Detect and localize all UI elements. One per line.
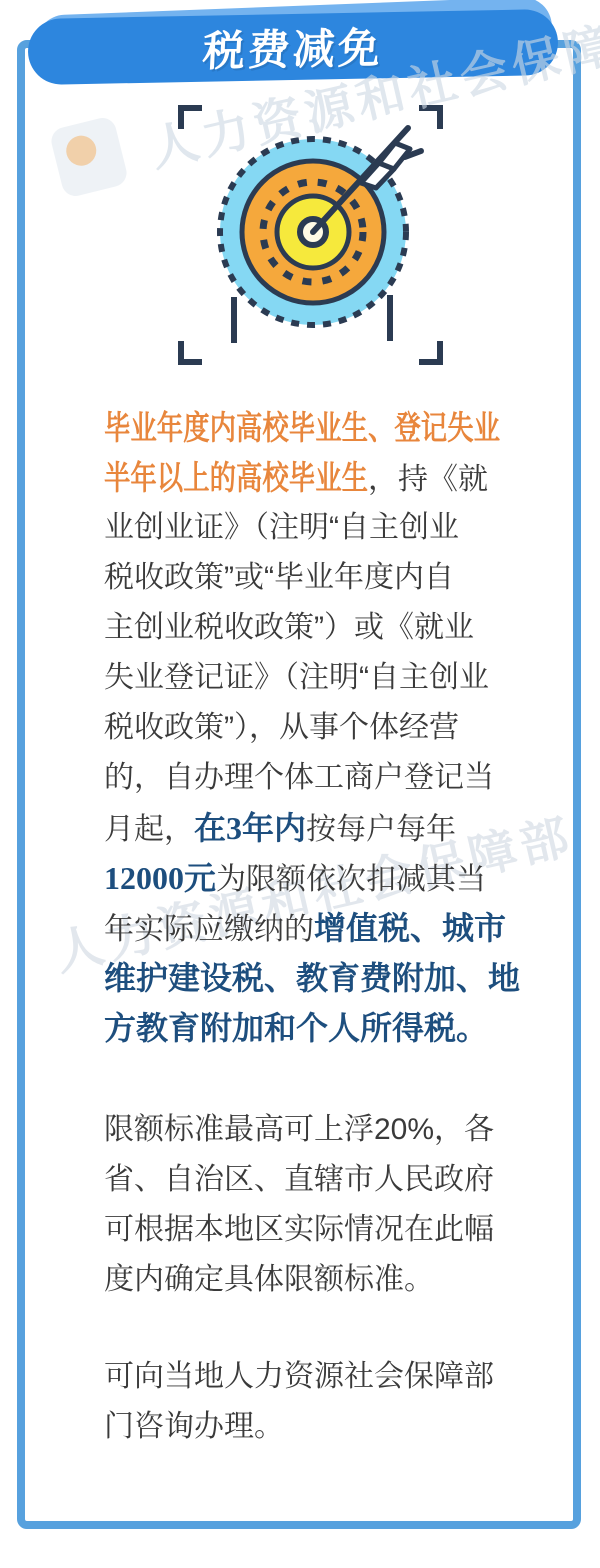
text-line: 度内确定具体限额标准。 bbox=[104, 1255, 512, 1305]
paragraph-contact: 可向当地人力资源社会保障部门咨询办理。 bbox=[104, 1352, 512, 1452]
text-segment-plain: 的，自办理个体工商户登记当 bbox=[104, 761, 494, 794]
text-segment-plain: ，持《就 bbox=[368, 463, 488, 496]
section-title: 税费减免 bbox=[201, 15, 384, 79]
paragraph-eligibility: 毕业年度内高校毕业生、登记失业半年以上的高校毕业生，持《就业创业证》（注明“自主… bbox=[104, 403, 512, 1053]
text-segment-plain: 业创业证》（注明“自主创业 bbox=[104, 511, 459, 544]
text-segment-navy: 维护建设税、教育费附加、地 bbox=[104, 960, 520, 996]
text-line: 税收政策”或“毕业年度内自 bbox=[104, 553, 512, 603]
text-line: 税收政策”），从事个体经营 bbox=[104, 703, 512, 753]
text-line: 限额标准最高可上浮20%，各 bbox=[104, 1105, 512, 1155]
text-line: 可向当地人力资源社会保障部 bbox=[104, 1352, 512, 1402]
text-segment-plain: 为限额依次扣减其当 bbox=[216, 863, 486, 896]
text-line: 业创业证》（注明“自主创业 bbox=[104, 503, 512, 553]
section-header-banner: 税费减免 bbox=[27, 9, 558, 85]
text-segment-plain: 税收政策”），从事个体经营 bbox=[104, 711, 459, 744]
text-segment-plain: 月起， bbox=[104, 813, 194, 846]
text-segment-navy: 12000元 bbox=[104, 860, 216, 896]
text-segment-plain: 可向当地人力资源社会保障部 bbox=[104, 1360, 494, 1393]
text-line: 半年以上的高校毕业生，持《就 bbox=[104, 453, 512, 503]
text-segment-navy: 方教育附加和个人所得税。 bbox=[104, 1010, 488, 1046]
text-segment-plain: 按每户每年 bbox=[306, 813, 456, 846]
poster-page: 税费减免 人力资源和社会保障部 人力资源和社会保障部 毕业年度内高校毕业生、登记… bbox=[0, 0, 600, 1568]
target-arrow-icon bbox=[165, 95, 455, 380]
text-line: 的，自办理个体工商户登记当 bbox=[104, 753, 512, 803]
text-segment-plain: 门咨询办理。 bbox=[104, 1410, 284, 1443]
text-segment-plain: 可根据本地区实际情况在此幅 bbox=[104, 1213, 494, 1246]
text-line: 毕业年度内高校毕业生、登记失业 bbox=[104, 403, 512, 453]
text-segment-plain: 度内确定具体限额标准。 bbox=[104, 1263, 434, 1296]
text-line: 12000元为限额依次扣减其当 bbox=[104, 853, 512, 903]
text-line: 方教育附加和个人所得税。 bbox=[104, 1003, 512, 1053]
text-line: 主创业税收政策”）或《就业 bbox=[104, 603, 512, 653]
text-segment-plain: 省、自治区、直辖市人民政府 bbox=[104, 1163, 494, 1196]
text-line: 失业登记证》（注明“自主创业 bbox=[104, 653, 512, 703]
text-line: 省、自治区、直辖市人民政府 bbox=[104, 1155, 512, 1205]
text-segment-orange: 毕业年度内高校毕业生、登记失业 bbox=[104, 403, 500, 453]
text-segment-plain: 失业登记证》（注明“自主创业 bbox=[104, 661, 489, 694]
text-segment-plain: 税收政策”或“毕业年度内自 bbox=[104, 561, 454, 594]
text-segment-navy: 增值税、城市 bbox=[314, 910, 506, 946]
text-line: 可根据本地区实际情况在此幅 bbox=[104, 1205, 512, 1255]
text-segment-plain: 年实际应缴纳的 bbox=[104, 913, 314, 946]
text-line: 门咨询办理。 bbox=[104, 1402, 512, 1452]
text-line: 维护建设税、教育费附加、地 bbox=[104, 953, 512, 1003]
paragraph-limit-adjustment: 限额标准最高可上浮20%，各省、自治区、直辖市人民政府可根据本地区实际情况在此幅… bbox=[104, 1105, 512, 1305]
text-segment-plain: 主创业税收政策”）或《就业 bbox=[104, 611, 474, 644]
text-segment-navy: 在3年内 bbox=[194, 810, 306, 846]
text-segment-plain: 限额标准最高可上浮20%，各 bbox=[104, 1113, 494, 1146]
text-line: 月起，在3年内按每户每年 bbox=[104, 803, 512, 853]
text-line: 年实际应缴纳的增值税、城市 bbox=[104, 903, 512, 953]
text-segment-orange: 半年以上的高校毕业生 bbox=[104, 453, 368, 503]
